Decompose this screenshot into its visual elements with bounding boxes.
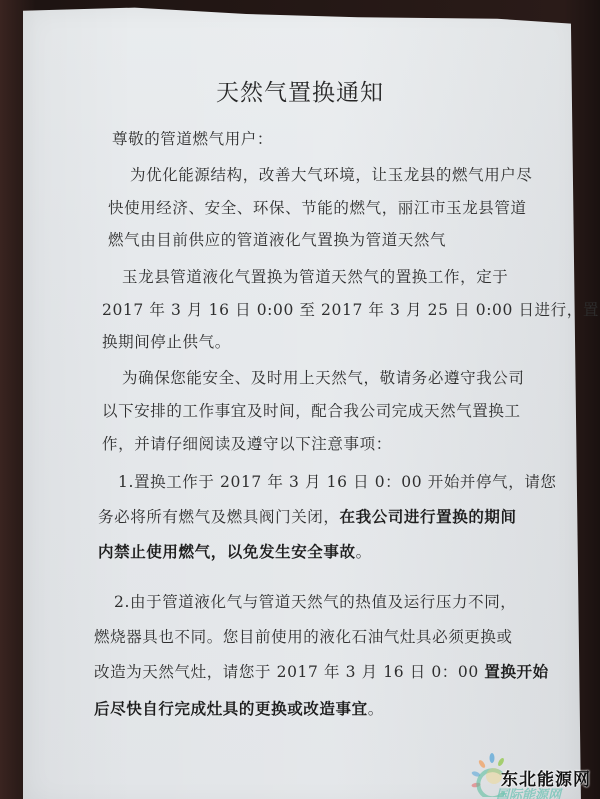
- salutation: 尊敬的管道燃气用户：: [112, 127, 273, 149]
- item1-line2: 务必将所有燃气及燃具阀门关闭，在我公司进行置换的期间: [98, 505, 517, 527]
- site-watermark: 东北能源网 国际能源网: [468, 752, 593, 797]
- item2-line1: 2.由于管道液化气与管道天然气的热值及运行压力不同，: [114, 590, 516, 612]
- paragraph1-line2: 快使用经济、安全、环保、节能的燃气，丽江市玉龙县管道: [108, 196, 527, 218]
- paragraph2-line2: 2017 年 3 月 16 日 0:00 至 2017 年 3 月 25 日 0…: [102, 298, 599, 320]
- notice-document: 天然气置换通知 尊敬的管道燃气用户： 为优化能源结构，改善大气环境，让玉龙县的燃…: [0, 0, 600, 799]
- paragraph1-line3: 燃气由目前供应的管道液化气置换为管道天然气: [108, 228, 446, 250]
- paragraph3-line1: 为确保您能安全、及时用上天然气，敬请务必遵守我公司: [122, 366, 525, 388]
- item1-line2-normal: 务必将所有燃气及燃具阀门关闭，: [98, 508, 340, 526]
- item2-line4: 后尽快自行完成灶具的更换或改造事宜。: [94, 697, 384, 719]
- paragraph2-line3: 换期间停止供气。: [102, 330, 231, 352]
- item1-line1: 1.置换工作于 2017 年 3 月 16 日 0：00 开始并停气，请您: [118, 470, 557, 492]
- item2-line4-bold: 后尽快自行完成灶具的更换或改造事宜: [94, 699, 368, 718]
- paragraph2-line1: 玉龙县管道液化气置换为管道天然气的置换工作，定于: [122, 265, 508, 287]
- item1-line2-bold: 在我公司进行置换的期间: [340, 507, 517, 526]
- item2-line2: 燃烧器具也不同。您目前使用的液化石油气灶具必须更换或: [94, 625, 513, 647]
- paragraph1-line1: 为优化能源结构，改善大气环境，让玉龙县的燃气用户尽: [130, 163, 533, 185]
- paragraph3-line2: 以下安排的工作事宜及时间，配合我公司完成天然气置换工: [102, 399, 521, 421]
- item1-line3-end: 。: [356, 543, 372, 561]
- item1-line3: 内禁止使用燃气，以免发生安全事故。: [98, 540, 372, 562]
- item2-line4-end: 。: [368, 700, 384, 718]
- watermark-subtext: 国际能源网: [496, 784, 561, 799]
- document-title: 天然气置换通知: [0, 74, 600, 107]
- item2-line3: 改造为天然气灶，请您于 2017 年 3 月 16 日 0：00 置换开始: [94, 660, 549, 682]
- item2-line3-normal: 改造为天然气灶，请您于 2017 年 3 月 16 日 0：00: [94, 663, 484, 681]
- item2-line3-bold: 置换开始: [484, 662, 548, 681]
- paragraph3-line3: 作，并请仔细阅读及遵守以下注意事项：: [102, 432, 392, 454]
- item1-line3-bold: 内禁止使用燃气，以免发生安全事故: [98, 542, 356, 561]
